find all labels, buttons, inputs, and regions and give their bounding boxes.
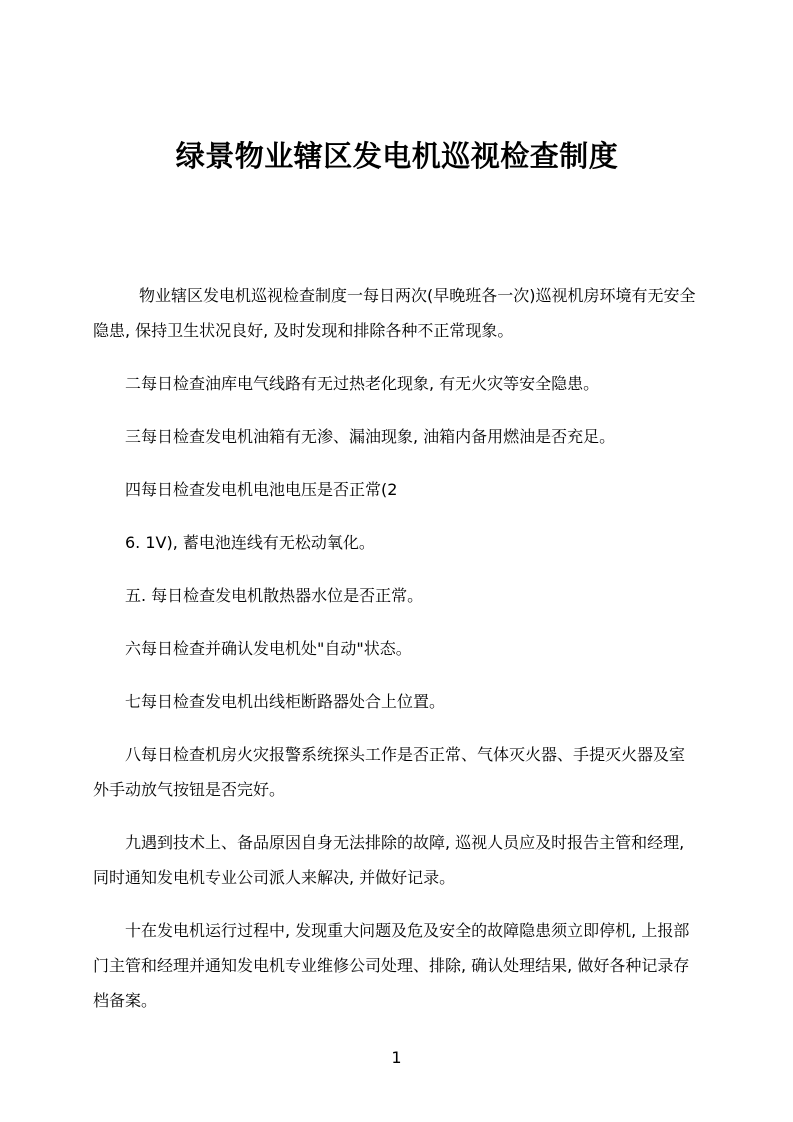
text-line: 二每日检查油库电气线路有无过热老化现象, 有无火灾等安全隐患。: [93, 366, 701, 401]
text-line: 三每日检查发电机油箱有无渗、漏油现象, 油箱内备用燃油是否充足。: [93, 419, 701, 454]
text-line: 门主管和经理并通知发电机专业维修公司处理、排除, 确认处理结果, 做好各种记录存: [93, 948, 701, 983]
paragraph: 6. 1V), 蓄电池连线有无松动氧化。: [93, 525, 701, 560]
paragraph: 六每日检查并确认发电机处"自动"状态。: [93, 631, 701, 666]
paragraph: 八每日检查机房火灾报警系统探头工作是否正常、气体灭火器、手提灭火器及室 外手动放…: [93, 737, 701, 807]
text-line: 八每日检查机房火灾报警系统探头工作是否正常、气体灭火器、手提灭火器及室: [93, 737, 701, 772]
text-line: 九遇到技术上、备品原因自身无法排除的故障, 巡视人员应及时报告主管和经理,: [93, 825, 701, 860]
page-number: 1: [0, 1048, 793, 1068]
paragraph: 四每日检查发电机电池电压是否正常(2: [93, 472, 701, 507]
text-line: 外手动放气按钮是否完好。: [93, 772, 701, 807]
text-line: 隐患, 保持卫生状况良好, 及时发现和排除各种不正常现象。: [93, 313, 701, 348]
text-line: 五. 每日检查发电机散热器水位是否正常。: [93, 578, 701, 613]
text-line: 档备案。: [93, 983, 701, 1018]
paragraph: 十在发电机运行过程中, 发现重大问题及危及安全的故障隐患须立即停机, 上报部 门…: [93, 913, 701, 1018]
paragraph: 物业辖区发电机巡视检查制度一每日两次(早晚班各一次)巡视机房环境有无安全 隐患,…: [93, 278, 701, 348]
text-line: 物业辖区发电机巡视检查制度一每日两次(早晚班各一次)巡视机房环境有无安全: [93, 278, 701, 313]
paragraph: 三每日检查发电机油箱有无渗、漏油现象, 油箱内备用燃油是否充足。: [93, 419, 701, 454]
document-content: 绿景物业辖区发电机巡视检查制度 物业辖区发电机巡视检查制度一每日两次(早晚班各一…: [0, 0, 793, 1018]
paragraph: 七每日检查发电机出线柜断路器处合上位置。: [93, 684, 701, 719]
text-line: 同时通知发电机专业公司派人来解决, 并做好记录。: [93, 860, 701, 895]
text-line: 四每日检查发电机电池电压是否正常(2: [93, 472, 701, 507]
paragraph: 五. 每日检查发电机散热器水位是否正常。: [93, 578, 701, 613]
document-title: 绿景物业辖区发电机巡视检查制度: [93, 136, 701, 176]
text-line: 十在发电机运行过程中, 发现重大问题及危及安全的故障隐患须立即停机, 上报部: [93, 913, 701, 948]
text-line: 六每日检查并确认发电机处"自动"状态。: [93, 631, 701, 666]
paragraph: 二每日检查油库电气线路有无过热老化现象, 有无火灾等安全隐患。: [93, 366, 701, 401]
text-line: 6. 1V), 蓄电池连线有无松动氧化。: [93, 525, 701, 560]
document-page: 绿景物业辖区发电机巡视检查制度 物业辖区发电机巡视检查制度一每日两次(早晚班各一…: [0, 0, 793, 1122]
text-line: 七每日检查发电机出线柜断路器处合上位置。: [93, 684, 701, 719]
paragraph: 九遇到技术上、备品原因自身无法排除的故障, 巡视人员应及时报告主管和经理, 同时…: [93, 825, 701, 895]
